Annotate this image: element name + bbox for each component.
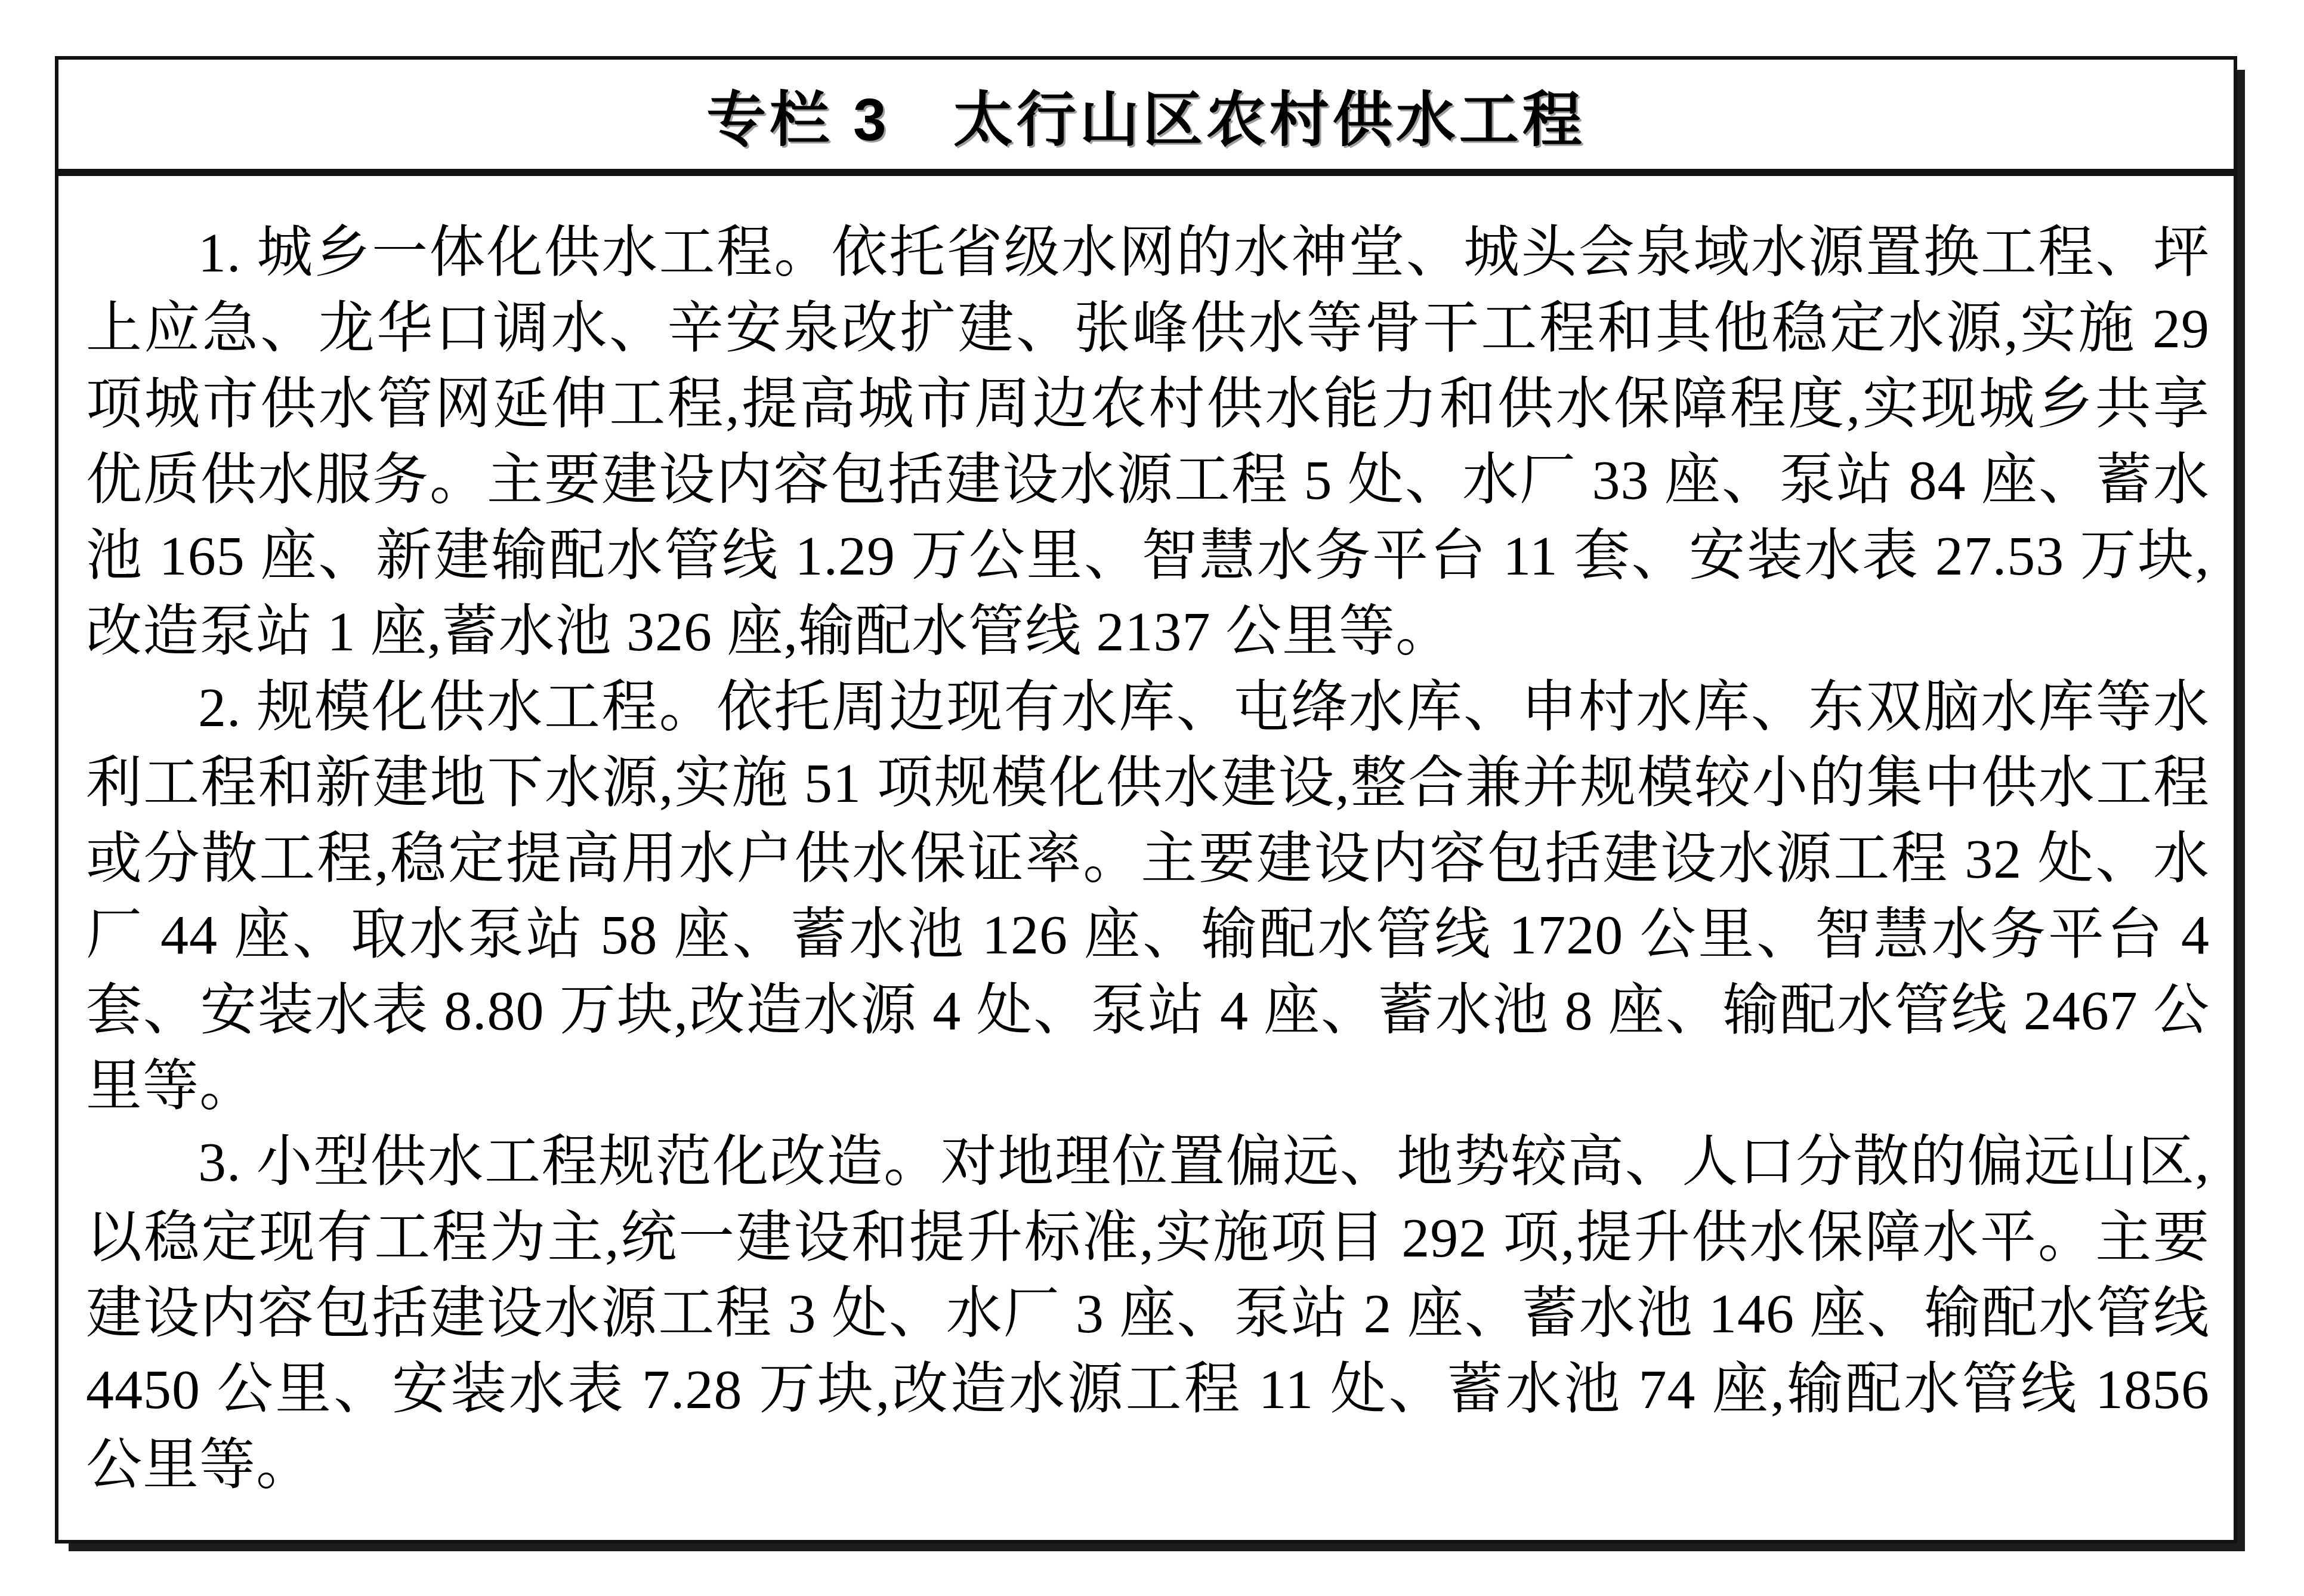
panel-header: 专栏 3 太行山区农村供水工程 <box>58 60 2234 176</box>
panel-title: 专栏 3 太行山区农村供水工程 <box>706 72 1585 158</box>
column-panel: 专栏 3 太行山区农村供水工程 1. 城乡一体化供水工程。依托省级水网的水神堂、… <box>55 56 2237 1543</box>
paragraph-small-works-upgrade: 3. 小型供水工程规范化改造。对地理位置偏远、地势较高、人口分散的偏远山区,以稳… <box>86 1125 2210 1504</box>
panel-body: 1. 城乡一体化供水工程。依托省级水网的水神堂、城头会泉域水源置换工程、坪上应急… <box>58 176 2234 1504</box>
paragraph-urban-rural-integration: 1. 城乡一体化供水工程。依托省级水网的水神堂、城头会泉域水源置换工程、坪上应急… <box>86 215 2210 670</box>
paragraph-large-scale-supply: 2. 规模化供水工程。依托周边现有水库、屯绛水库、申村水库、东双脑水库等水利工程… <box>86 670 2210 1125</box>
